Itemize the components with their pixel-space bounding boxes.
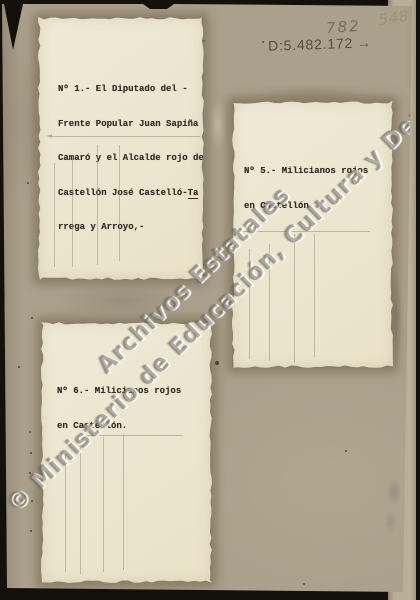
postcard-rule-line: [80, 447, 81, 574]
card-6-caption: Nº 6.- Milicianos rojos en Castellón.: [57, 363, 181, 455]
caption-line: Frente Popular Juan Sapiña: [58, 119, 204, 131]
postcard-rule-line: [65, 450, 66, 572]
caption-line: Nº 6.- Milicianos rojos: [57, 386, 181, 398]
photo-card-6: Nº 6.- Milicianos rojos en Castellón.: [41, 322, 212, 583]
photo-card-5: Nº 5.- Milicianos rojos en Castellón.: [232, 101, 393, 368]
card-1-caption: Nº 1.- El Diputado del - Frente Popular …: [58, 61, 204, 257]
caption-line: Nº 5.- Milicianos rojos: [244, 166, 368, 178]
caption-line: en Castellón.: [57, 421, 181, 433]
photo-card-5-back: Nº 5.- Milicianos rojos en Castellón.: [232, 101, 393, 368]
card-5-caption: Nº 5.- Milicianos rojos en Castellón.: [244, 143, 368, 235]
postcard-rule-line: [103, 437, 104, 572]
postcard-rule-line: [54, 163, 55, 267]
album-page: Nº 1.- El Diputado del - Frente Popular …: [0, 0, 420, 600]
caption-line: en Castellón.: [244, 201, 368, 213]
caption-line: Nº 1.- El Diputado del -: [58, 84, 204, 96]
postcard-rule-line: [242, 231, 370, 232]
postcard-rule-line: [249, 249, 250, 359]
stamp-text: D:5.482.172: [268, 35, 354, 54]
postcard-rule-line: [52, 136, 200, 137]
caption-line: rrega y Arroyo,-: [58, 222, 204, 234]
paper-specks: [0, 0, 2, 2]
photo-card-6-back: Nº 6.- Milicianos rojos en Castellón.: [41, 322, 212, 583]
postcard-rule-line: [269, 244, 270, 361]
postcard-rule-line: [294, 234, 295, 363]
reference-stamp: D:5.482.172→: [268, 34, 372, 54]
postcard-rule-line: [119, 145, 120, 261]
caption-line: Castellón José Castelló-Ta: [58, 188, 204, 200]
postcard-rule-line: [87, 435, 183, 436]
postcard-rule-line: [123, 434, 124, 570]
postcard-rule-line: [97, 145, 98, 265]
photo-card-1-back: Nº 1.- El Diputado del - Frente Popular …: [38, 17, 204, 280]
scan-background: Nº 1.- El Diputado del - Frente Popular …: [0, 0, 420, 600]
caption-line: Camaró y el Alcalde rojo de: [58, 153, 204, 165]
photo-card-1: Nº 1.- El Diputado del - Frente Popular …: [38, 17, 204, 280]
postcard-rule-line: [314, 234, 315, 357]
faded-pencil-number: 548: [377, 7, 411, 30]
stamp-arrow-icon: →: [357, 34, 372, 51]
postcard-rule-line: [72, 159, 73, 267]
